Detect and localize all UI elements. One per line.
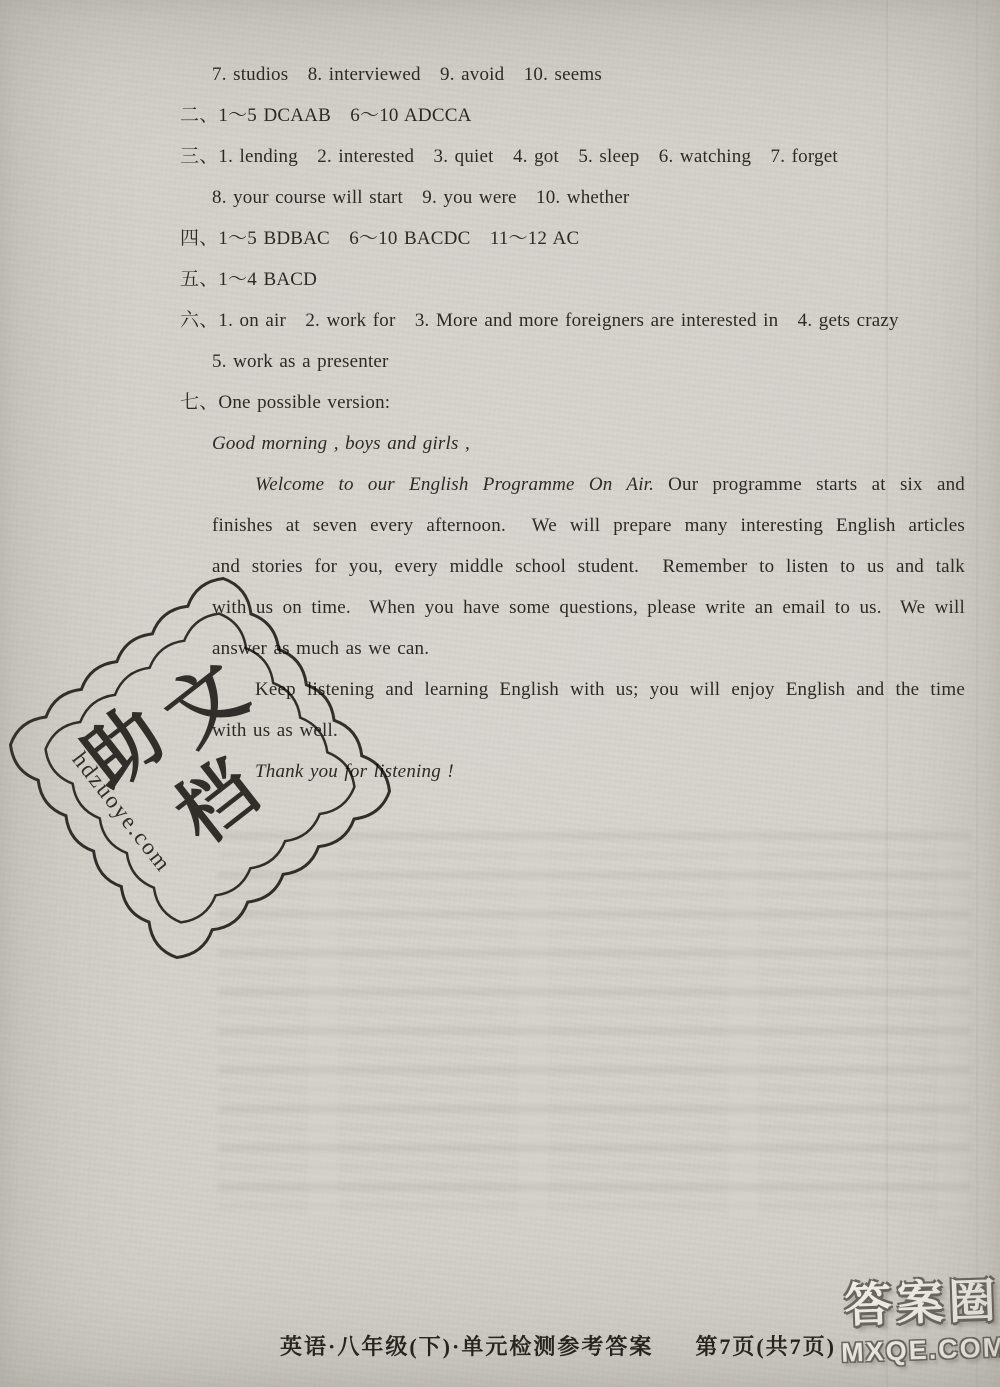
essay-paragraph-line-5: answer as much as we can. bbox=[212, 628, 1000, 669]
section-4-answers: 四、1～5 BDBAC 6～10 BACDC 11～12 AC bbox=[180, 218, 1000, 259]
answers-items-7-10: 7. studios 8. interviewed 9. avoid 10. s… bbox=[212, 54, 1000, 95]
footer-page-number: 第7页(共7页) bbox=[695, 1334, 836, 1359]
section-7-heading: 七、One possible version: bbox=[180, 382, 1000, 423]
essay-paragraph-line-2: finishes at seven every afternoon. We wi… bbox=[212, 505, 965, 546]
section-3-answers-cont: 8. your course will start 9. you were 10… bbox=[212, 177, 1000, 218]
footer-book-caption: 英语·八年级(下)·单元检测参考答案 bbox=[280, 1334, 653, 1359]
essay-paragraph-line-1: Welcome to our English Programme On Air.… bbox=[212, 464, 965, 505]
section-6-answers-cont: 5. work as a presenter bbox=[212, 341, 1000, 382]
site-watermark-domain: MXQE.COM bbox=[841, 1332, 1000, 1369]
section-5-answers: 五、1～4 BACD bbox=[180, 259, 1000, 300]
scanned-answer-page: { "document": { "lines": [ "7. studios 8… bbox=[0, 0, 1000, 1387]
essay-paragraph-line-4: with us on time. When you have some ques… bbox=[212, 587, 965, 628]
essay-salutation: Good morning , boys and girls , bbox=[212, 423, 1000, 464]
essay-paragraph-line-3: and stories for you, every middle school… bbox=[212, 546, 965, 587]
section-3-answers: 三、1. lending 2. interested 3. quiet 4. g… bbox=[180, 136, 1000, 177]
essay-lead-italic: Welcome to our English Programme On Air. bbox=[255, 474, 654, 495]
section-6-answers: 六、1. on air 2. work for 3. More and more… bbox=[180, 300, 1000, 341]
bleed-through-ghost-text bbox=[218, 832, 970, 1217]
answer-site-watermark: 答案圈 MXQE.COM bbox=[838, 1263, 1000, 1369]
site-watermark-name: 答案圈 bbox=[838, 1263, 1000, 1336]
essay-lead-rest: Our programme starts at six and bbox=[668, 474, 965, 495]
section-2-answers: 二、1～5 DCAAB 6～10 ADCCA bbox=[180, 95, 1000, 136]
page-footer: 英语·八年级(下)·单元检测参考答案第7页(共7页) bbox=[280, 1330, 836, 1361]
